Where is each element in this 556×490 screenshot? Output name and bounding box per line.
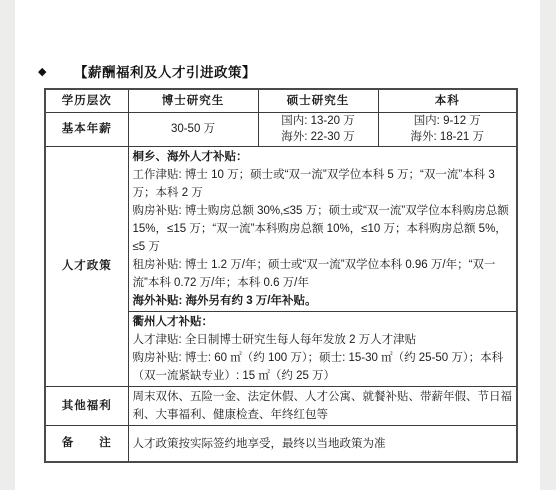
tongxiang-subsidy-cell: 桐乡、海外人才补贴： 工作津贴: 博士 10 万；硕士或“双一流”双学位本科 5…	[128, 147, 517, 312]
remark-label: 备 注	[45, 426, 128, 463]
master-overseas: 海外: 22-30 万	[263, 130, 374, 146]
tongxiang-heading: 桐乡、海外人才补贴：	[133, 148, 513, 166]
talent-policy-label: 人才政策	[45, 147, 128, 387]
base-salary-bachelor: 国内: 9-12 万 海外: 18-21 万	[378, 113, 517, 147]
base-salary-doctor: 30-50 万	[128, 113, 258, 147]
base-salary-master: 国内: 13-20 万 海外: 22-30 万	[258, 113, 378, 147]
master-domestic: 国内: 13-20 万	[263, 114, 374, 130]
base-salary-row: 基本年薪 30-50 万 国内: 13-20 万 海外: 22-30 万 国内:…	[45, 113, 517, 147]
other-benefits-row: 其他福利 周末双休、五险一金、法定休假、人才公寓、就餐补贴、带薪年假、节日福利、…	[45, 387, 517, 426]
other-benefits-text: 周末双休、五险一金、法定休假、人才公寓、就餐补贴、带薪年假、节日福利、大事福利、…	[133, 388, 513, 424]
tongxiang-house-purchase: 购房补贴: 博士购房总额 30%,≤35 万；硕士或“双一流”双学位本科购房总额…	[133, 202, 513, 256]
base-salary-label: 基本年薪	[45, 113, 128, 147]
tongxiang-work-allowance: 工作津贴: 博士 10 万；硕士或“双一流”双学位本科 5 万；“双一流”本科 …	[133, 166, 513, 202]
tongxiang-rent-subsidy: 租房补贴: 博士 1.2 万/年；硕士或“双一流”双学位本科 0.96 万/年；…	[133, 256, 513, 292]
header-doctor: 博士研究生	[128, 89, 258, 113]
remark-text: 人才政策按实际签约地享受，最终以当地政策为准	[133, 435, 513, 453]
document-sheet: ◆ 【薪酬福利及人才引进政策】 学历层次 博士研究生 硕士研究生 本科 基本年薪…	[15, 0, 540, 490]
document-page: { "page": { "bullet": "◆", "title": "【薪酬…	[0, 0, 556, 490]
quzhou-heading: 衢州人才补贴：	[133, 313, 513, 331]
salary-policy-table: 学历层次 博士研究生 硕士研究生 本科 基本年薪 30-50 万 国内: 13-…	[44, 88, 518, 463]
bachelor-overseas: 海外: 18-21 万	[383, 130, 513, 146]
other-benefits-content: 周末双休、五险一金、法定休假、人才公寓、就餐补贴、带薪年假、节日福利、大事福利、…	[128, 387, 517, 426]
remark-content: 人才政策按实际签约地享受，最终以当地政策为准	[128, 426, 517, 463]
header-education-level: 学历层次	[45, 89, 128, 113]
quzhou-house-purchase: 购房补贴: 博士: 60 ㎡（约 100 万）；硕士: 15-30 ㎡（约 25…	[133, 349, 513, 385]
remark-row: 备 注 人才政策按实际签约地享受，最终以当地政策为准	[45, 426, 517, 463]
quzhou-subsidy-cell: 衢州人才补贴： 人才津贴: 全日制博士研究生每人每年发放 2 万人才津贴 购房补…	[128, 312, 517, 387]
section-title-row: ◆ 【薪酬福利及人才引进政策】	[38, 61, 256, 81]
header-master: 硕士研究生	[258, 89, 378, 113]
other-benefits-label: 其他福利	[45, 387, 128, 426]
tongxiang-overseas-subsidy: 海外补贴: 海外另有约 3 万/年补贴。	[133, 292, 513, 310]
header-bachelor: 本科	[378, 89, 517, 113]
diamond-bullet-icon: ◆	[38, 65, 47, 78]
quzhou-talent-allowance: 人才津贴: 全日制博士研究生每人每年发放 2 万人才津贴	[133, 331, 513, 349]
section-title: 【薪酬福利及人才引进政策】	[74, 61, 256, 81]
table-header-row: 学历层次 博士研究生 硕士研究生 本科	[45, 89, 517, 113]
talent-policy-row-tongxiang: 人才政策 桐乡、海外人才补贴： 工作津贴: 博士 10 万；硕士或“双一流”双学…	[45, 147, 517, 312]
bachelor-domestic: 国内: 9-12 万	[383, 114, 513, 130]
